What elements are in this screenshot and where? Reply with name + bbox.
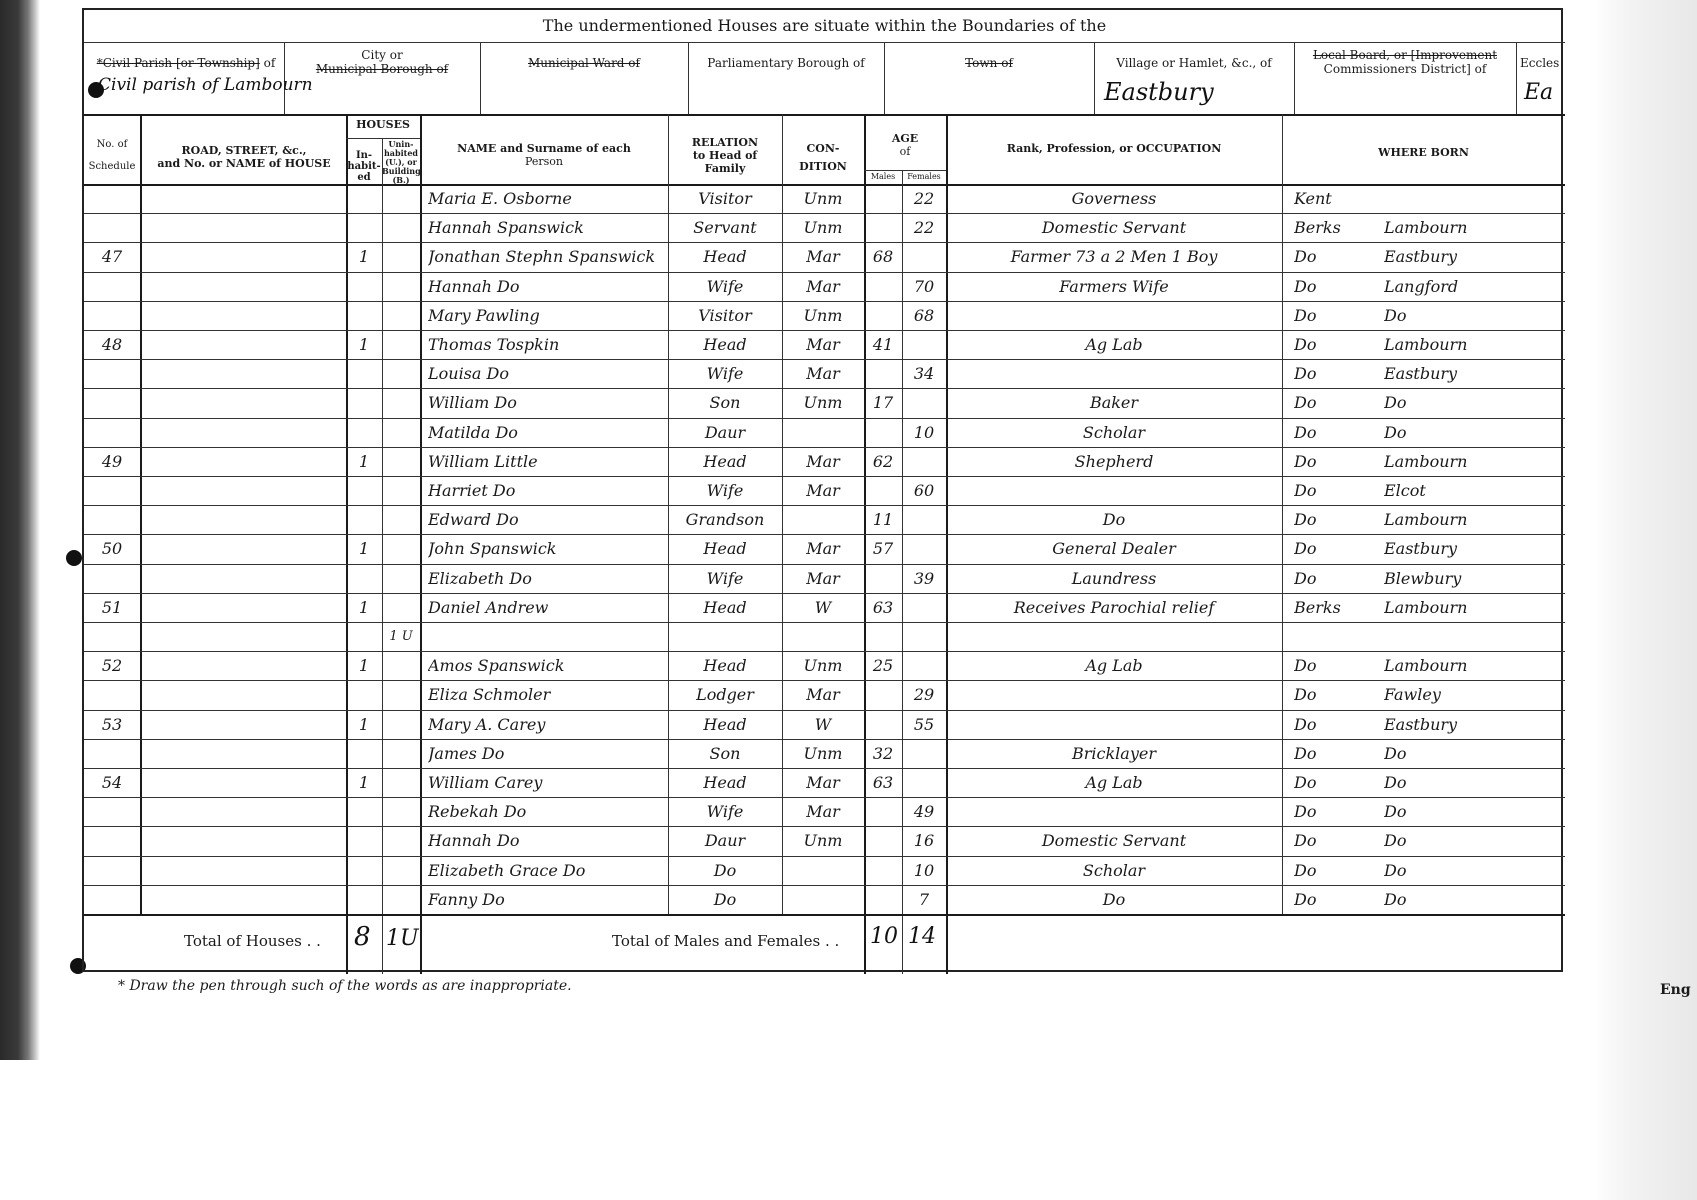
schedule-number (84, 797, 140, 826)
female-age (902, 242, 946, 271)
relation: Wife (668, 272, 782, 301)
inhabited-count (346, 505, 382, 534)
born-parish: Elcot (1384, 476, 1564, 505)
local-board-label: Local Board, or [Improvement Commissione… (1294, 48, 1516, 76)
occupation: Governess (946, 184, 1282, 213)
condition (782, 622, 864, 651)
total-uninhabited: 1U (386, 926, 419, 951)
table-row: Edward Do Grandson 11 Do Do Lambourn (84, 505, 1565, 534)
table-row: Elizabeth Do Wife Mar 39 Laundress Do Bl… (84, 564, 1565, 593)
inhabited-count (346, 739, 382, 768)
relation: Head (668, 534, 782, 563)
table-row: Matilda Do Daur 10 Scholar Do Do (84, 418, 1565, 447)
schedule-number: 54 (84, 768, 140, 797)
born-county: Do (1294, 739, 1374, 768)
civil-parish-label: *Civil Parish [or Township] of (88, 56, 284, 70)
row-rule (84, 447, 1565, 448)
male-age (864, 272, 902, 301)
relation (668, 622, 782, 651)
table-row: 49 1 William Little Head Mar 62 Shepherd… (84, 447, 1565, 476)
male-age (864, 797, 902, 826)
person-name: Elizabeth Grace Do (428, 856, 668, 885)
table-row: 48 1 Thomas Tospkin Head Mar 41 Ag Lab D… (84, 330, 1565, 359)
table-row: 1 U (84, 622, 1565, 651)
born-parish: Do (1384, 797, 1564, 826)
row-rule (84, 826, 1565, 827)
table-row: 47 1 Jonathan Stephn Spanswick Head Mar … (84, 242, 1565, 271)
female-age: 16 (902, 826, 946, 855)
col-occupation: Rank, Profession, or OCCUPATION (946, 142, 1282, 155)
occupation: Baker (946, 388, 1282, 417)
relation: Wife (668, 564, 782, 593)
person-name: Edward Do (428, 505, 668, 534)
schedule-number (84, 476, 140, 505)
uninhabited-count: 1 U (382, 622, 420, 651)
person-name: Rebekah Do (428, 797, 668, 826)
schedule-number (84, 826, 140, 855)
inhabited-count (346, 388, 382, 417)
schedule-number (84, 272, 140, 301)
born-parish: Eastbury (1384, 359, 1564, 388)
village-label: Village or Hamlet, &c., of (1094, 56, 1294, 70)
relation: Daur (668, 826, 782, 855)
relation: Head (668, 447, 782, 476)
born-parish: Do (1384, 826, 1564, 855)
female-age (902, 593, 946, 622)
person-name: William Carey (428, 768, 668, 797)
uninhabited-count (382, 242, 420, 271)
col-inhabited: In-habit-ed (346, 150, 382, 183)
occupation: Do (946, 505, 1282, 534)
schedule-number (84, 418, 140, 447)
male-age: 68 (864, 242, 902, 271)
col-schedule: No. of Schedule (84, 134, 140, 178)
row-rule (84, 856, 1565, 857)
uninhabited-count (382, 593, 420, 622)
born-county: Do (1294, 388, 1374, 417)
row-rule (84, 885, 1565, 886)
person-name: Elizabeth Do (428, 564, 668, 593)
inhabited-count (346, 184, 382, 213)
female-age: 22 (902, 213, 946, 242)
row-rule (84, 739, 1565, 740)
inhabited-count (346, 301, 382, 330)
condition: Unm (782, 388, 864, 417)
male-age (864, 885, 902, 914)
table-row: Harriet Do Wife Mar 60 Do Elcot (84, 476, 1565, 505)
inhabited-count: 1 (346, 710, 382, 739)
row-rule (84, 710, 1565, 711)
occupation (946, 680, 1282, 709)
male-age (864, 622, 902, 651)
occupation: Farmers Wife (946, 272, 1282, 301)
born-county: Do (1294, 505, 1374, 534)
born-county: Do (1294, 651, 1374, 680)
condition: Unm (782, 213, 864, 242)
female-age: 29 (902, 680, 946, 709)
male-age: 11 (864, 505, 902, 534)
uninhabited-count (382, 885, 420, 914)
schedule-number (84, 213, 140, 242)
ecclesiastical-label: Eccles (1520, 56, 1565, 70)
relation: Head (668, 710, 782, 739)
female-age: 68 (902, 301, 946, 330)
row-rule (84, 418, 1565, 419)
relation: Son (668, 388, 782, 417)
born-parish: Langford (1384, 272, 1564, 301)
schedule-number (84, 680, 140, 709)
male-age: 63 (864, 768, 902, 797)
total-males: 10 (870, 924, 898, 949)
row-rule (84, 768, 1565, 769)
table-row: 52 1 Amos Spanswick Head Unm 25 Ag Lab D… (84, 651, 1565, 680)
schedule-number (84, 301, 140, 330)
schedule-number: 50 (84, 534, 140, 563)
row-rule (84, 388, 1565, 389)
person-name: William Do (428, 388, 668, 417)
total-persons-label: Total of Males and Females . . (612, 932, 839, 950)
born-parish: Do (1384, 388, 1564, 417)
occupation: Scholar (946, 856, 1282, 885)
schedule-number (84, 564, 140, 593)
uninhabited-count (382, 710, 420, 739)
relation: Daur (668, 418, 782, 447)
scan-shading (1590, 0, 1697, 1200)
table-row: 50 1 John Spanswick Head Mar 57 General … (84, 534, 1565, 563)
male-age (864, 213, 902, 242)
schedule-number (84, 184, 140, 213)
town-label: Town of (884, 56, 1094, 70)
born-county: Do (1294, 301, 1374, 330)
row-rule (84, 680, 1565, 681)
born-county: Do (1294, 330, 1374, 359)
condition: Mar (782, 447, 864, 476)
relation: Head (668, 768, 782, 797)
female-age (902, 768, 946, 797)
inhabited-count (346, 476, 382, 505)
row-rule (84, 476, 1565, 477)
schedule-number (84, 622, 140, 651)
male-age (864, 826, 902, 855)
female-age: 10 (902, 418, 946, 447)
schedule-number: 47 (84, 242, 140, 271)
row-rule (84, 272, 1565, 273)
relation: Lodger (668, 680, 782, 709)
uninhabited-count (382, 447, 420, 476)
person-name: Thomas Tospkin (428, 330, 668, 359)
inhabited-count (346, 797, 382, 826)
schedule-number (84, 359, 140, 388)
uninhabited-count (382, 768, 420, 797)
occupation: Domestic Servant (946, 213, 1282, 242)
row-rule (84, 505, 1565, 506)
uninhabited-count (382, 418, 420, 447)
person-name: Hannah Spanswick (428, 213, 668, 242)
uninhabited-count (382, 272, 420, 301)
schedule-number: 48 (84, 330, 140, 359)
relation: Servant (668, 213, 782, 242)
inhabited-count (346, 418, 382, 447)
occupation (946, 710, 1282, 739)
person-name: Mary A. Carey (428, 710, 668, 739)
condition (782, 418, 864, 447)
census-form: The undermentioned Houses are situate wi… (82, 8, 1563, 972)
table-row: Eliza Schmoler Lodger Mar 29 Do Fawley (84, 680, 1565, 709)
village-value: Eastbury (1104, 78, 1214, 106)
schedule-number: 53 (84, 710, 140, 739)
person-name: Louisa Do (428, 359, 668, 388)
born-county: Do (1294, 447, 1374, 476)
male-age (864, 856, 902, 885)
uninhabited-count (382, 213, 420, 242)
table-row: William Do Son Unm 17 Baker Do Do (84, 388, 1565, 417)
person-name: Hannah Do (428, 272, 668, 301)
born-county: Do (1294, 418, 1374, 447)
person-name: William Little (428, 447, 668, 476)
male-age (864, 359, 902, 388)
male-age (864, 680, 902, 709)
occupation: Receives Parochial relief (946, 593, 1282, 622)
uninhabited-count (382, 301, 420, 330)
female-age: 7 (902, 885, 946, 914)
female-age: 10 (902, 856, 946, 885)
table-row: 51 1 Daniel Andrew Head W 63 Receives Pa… (84, 593, 1565, 622)
schedule-number (84, 885, 140, 914)
born-parish: Do (1384, 739, 1564, 768)
condition: Unm (782, 739, 864, 768)
person-name: Fanny Do (428, 885, 668, 914)
born-parish (1384, 622, 1564, 651)
born-county: Do (1294, 534, 1374, 563)
person-name (428, 622, 668, 651)
table-row: Hannah Do Daur Unm 16 Domestic Servant D… (84, 826, 1565, 855)
person-name: Eliza Schmoler (428, 680, 668, 709)
female-age (902, 622, 946, 651)
condition: Mar (782, 797, 864, 826)
condition: Mar (782, 680, 864, 709)
condition: Unm (782, 301, 864, 330)
condition: Mar (782, 272, 864, 301)
born-county: Do (1294, 359, 1374, 388)
row-rule (84, 797, 1565, 798)
inhabited-count: 1 (346, 768, 382, 797)
total-females: 14 (908, 924, 936, 949)
table-row: Hannah Do Wife Mar 70 Farmers Wife Do La… (84, 272, 1565, 301)
born-parish: Do (1384, 418, 1564, 447)
uninhabited-count (382, 476, 420, 505)
uninhabited-count (382, 184, 420, 213)
occupation: Shepherd (946, 447, 1282, 476)
row-rule (84, 593, 1565, 594)
condition: Mar (782, 242, 864, 271)
occupation (946, 476, 1282, 505)
occupation: Ag Lab (946, 651, 1282, 680)
inhabited-count (346, 826, 382, 855)
table-row: Rebekah Do Wife Mar 49 Do Do (84, 797, 1565, 826)
born-parish: Lambourn (1384, 330, 1564, 359)
condition: Unm (782, 651, 864, 680)
col-uninhabited: Unin-habited(U.), orBuilding(B.) (382, 140, 420, 185)
table-row: Louisa Do Wife Mar 34 Do Eastbury (84, 359, 1565, 388)
born-parish: Lambourn (1384, 651, 1564, 680)
parliamentary-borough-label: Parliamentary Borough of (688, 56, 884, 70)
male-age: 63 (864, 593, 902, 622)
schedule-number (84, 739, 140, 768)
person-name: Daniel Andrew (428, 593, 668, 622)
relation: Wife (668, 797, 782, 826)
relation: Visitor (668, 301, 782, 330)
relation: Visitor (668, 184, 782, 213)
born-county: Berks (1294, 213, 1374, 242)
inhabited-count (346, 564, 382, 593)
total-inhabited: 8 (354, 922, 371, 952)
condition (782, 885, 864, 914)
uninhabited-count (382, 564, 420, 593)
row-rule (84, 622, 1565, 623)
born-county: Do (1294, 768, 1374, 797)
born-county: Do (1294, 856, 1374, 885)
row-rule (84, 359, 1565, 360)
male-age (864, 301, 902, 330)
born-county: Kent (1294, 184, 1374, 213)
uninhabited-count (382, 680, 420, 709)
born-parish: Lambourn (1384, 505, 1564, 534)
relation: Head (668, 651, 782, 680)
uninhabited-count (382, 797, 420, 826)
person-name: Matilda Do (428, 418, 668, 447)
uninhabited-count (382, 651, 420, 680)
male-age: 25 (864, 651, 902, 680)
born-parish (1384, 184, 1564, 213)
uninhabited-count (382, 359, 420, 388)
male-age: 17 (864, 388, 902, 417)
occupation: Farmer 73 a 2 Men 1 Boy (946, 242, 1282, 271)
scan-margin (0, 1060, 40, 1200)
condition (782, 856, 864, 885)
condition: Mar (782, 330, 864, 359)
relation: Head (668, 593, 782, 622)
born-parish: Lambourn (1384, 447, 1564, 476)
punch-hole (66, 550, 82, 566)
col-road: ROAD, STREET, &c., and No. or NAME of HO… (142, 144, 346, 170)
male-age: 57 (864, 534, 902, 563)
person-name: Amos Spanswick (428, 651, 668, 680)
relation: Wife (668, 476, 782, 505)
col-where-born: WHERE BORN (1282, 146, 1565, 159)
scan-binding-edge (0, 0, 40, 1200)
person-name: Harriet Do (428, 476, 668, 505)
row-rule (84, 242, 1565, 243)
born-county: Do (1294, 826, 1374, 855)
schedule-number (84, 856, 140, 885)
born-parish: Do (1384, 301, 1564, 330)
condition: Mar (782, 534, 864, 563)
inhabited-count (346, 622, 382, 651)
born-parish: Lambourn (1384, 213, 1564, 242)
born-parish: Do (1384, 885, 1564, 914)
condition: Mar (782, 359, 864, 388)
footnote: * Draw the pen through such of the words… (118, 978, 572, 994)
municipal-ward-label: Municipal Ward of (480, 56, 688, 70)
corner-text: Eng (1660, 982, 1691, 998)
census-rows: Maria E. Osborne Visitor Unm 22 Governes… (84, 184, 1565, 914)
table-row: Hannah Spanswick Servant Unm 22 Domestic… (84, 213, 1565, 242)
male-age (864, 476, 902, 505)
schedule-number (84, 505, 140, 534)
female-age: 22 (902, 184, 946, 213)
born-parish: Lambourn (1384, 593, 1564, 622)
male-age: 62 (864, 447, 902, 476)
person-name: James Do (428, 739, 668, 768)
occupation (946, 622, 1282, 651)
table-row: 54 1 William Carey Head Mar 63 Ag Lab Do… (84, 768, 1565, 797)
col-females: Females (902, 172, 946, 181)
male-age (864, 184, 902, 213)
row-rule (84, 564, 1565, 565)
male-age (864, 564, 902, 593)
female-age (902, 447, 946, 476)
female-age (902, 651, 946, 680)
uninhabited-count (382, 388, 420, 417)
inhabited-count: 1 (346, 593, 382, 622)
person-name: Jonathan Stephn Spanswick (428, 242, 668, 271)
table-row: 53 1 Mary A. Carey Head W 55 Do Eastbury (84, 710, 1565, 739)
born-parish: Do (1384, 856, 1564, 885)
born-parish: Eastbury (1384, 534, 1564, 563)
row-rule (84, 213, 1565, 214)
uninhabited-count (382, 505, 420, 534)
born-county: Do (1294, 885, 1374, 914)
born-parish: Do (1384, 768, 1564, 797)
person-name: Mary Pawling (428, 301, 668, 330)
born-county: Berks (1294, 593, 1374, 622)
born-county: Do (1294, 272, 1374, 301)
condition: Mar (782, 768, 864, 797)
occupation: Scholar (946, 418, 1282, 447)
male-age: 41 (864, 330, 902, 359)
occupation: Bricklayer (946, 739, 1282, 768)
table-row: Fanny Do Do 7 Do Do Do (84, 885, 1565, 914)
occupation: General Dealer (946, 534, 1282, 563)
female-age (902, 505, 946, 534)
condition: Unm (782, 826, 864, 855)
condition: W (782, 710, 864, 739)
col-houses: HOUSES (346, 118, 420, 131)
occupation (946, 301, 1282, 330)
person-name: Maria E. Osborne (428, 184, 668, 213)
inhabited-count (346, 213, 382, 242)
male-age (864, 418, 902, 447)
born-parish: Blewbury (1384, 564, 1564, 593)
relation: Wife (668, 359, 782, 388)
schedule-number: 52 (84, 651, 140, 680)
occupation: Ag Lab (946, 768, 1282, 797)
inhabited-count (346, 680, 382, 709)
col-relation: RELATION to Head of Family (668, 136, 782, 175)
condition: Unm (782, 184, 864, 213)
relation: Do (668, 885, 782, 914)
inhabited-count: 1 (346, 651, 382, 680)
uninhabited-count (382, 856, 420, 885)
female-age: 49 (902, 797, 946, 826)
table-row: Maria E. Osborne Visitor Unm 22 Governes… (84, 184, 1565, 213)
occupation (946, 359, 1282, 388)
condition: Mar (782, 476, 864, 505)
row-rule (84, 301, 1565, 302)
inhabited-count (346, 856, 382, 885)
uninhabited-count (382, 330, 420, 359)
uninhabited-count (382, 826, 420, 855)
